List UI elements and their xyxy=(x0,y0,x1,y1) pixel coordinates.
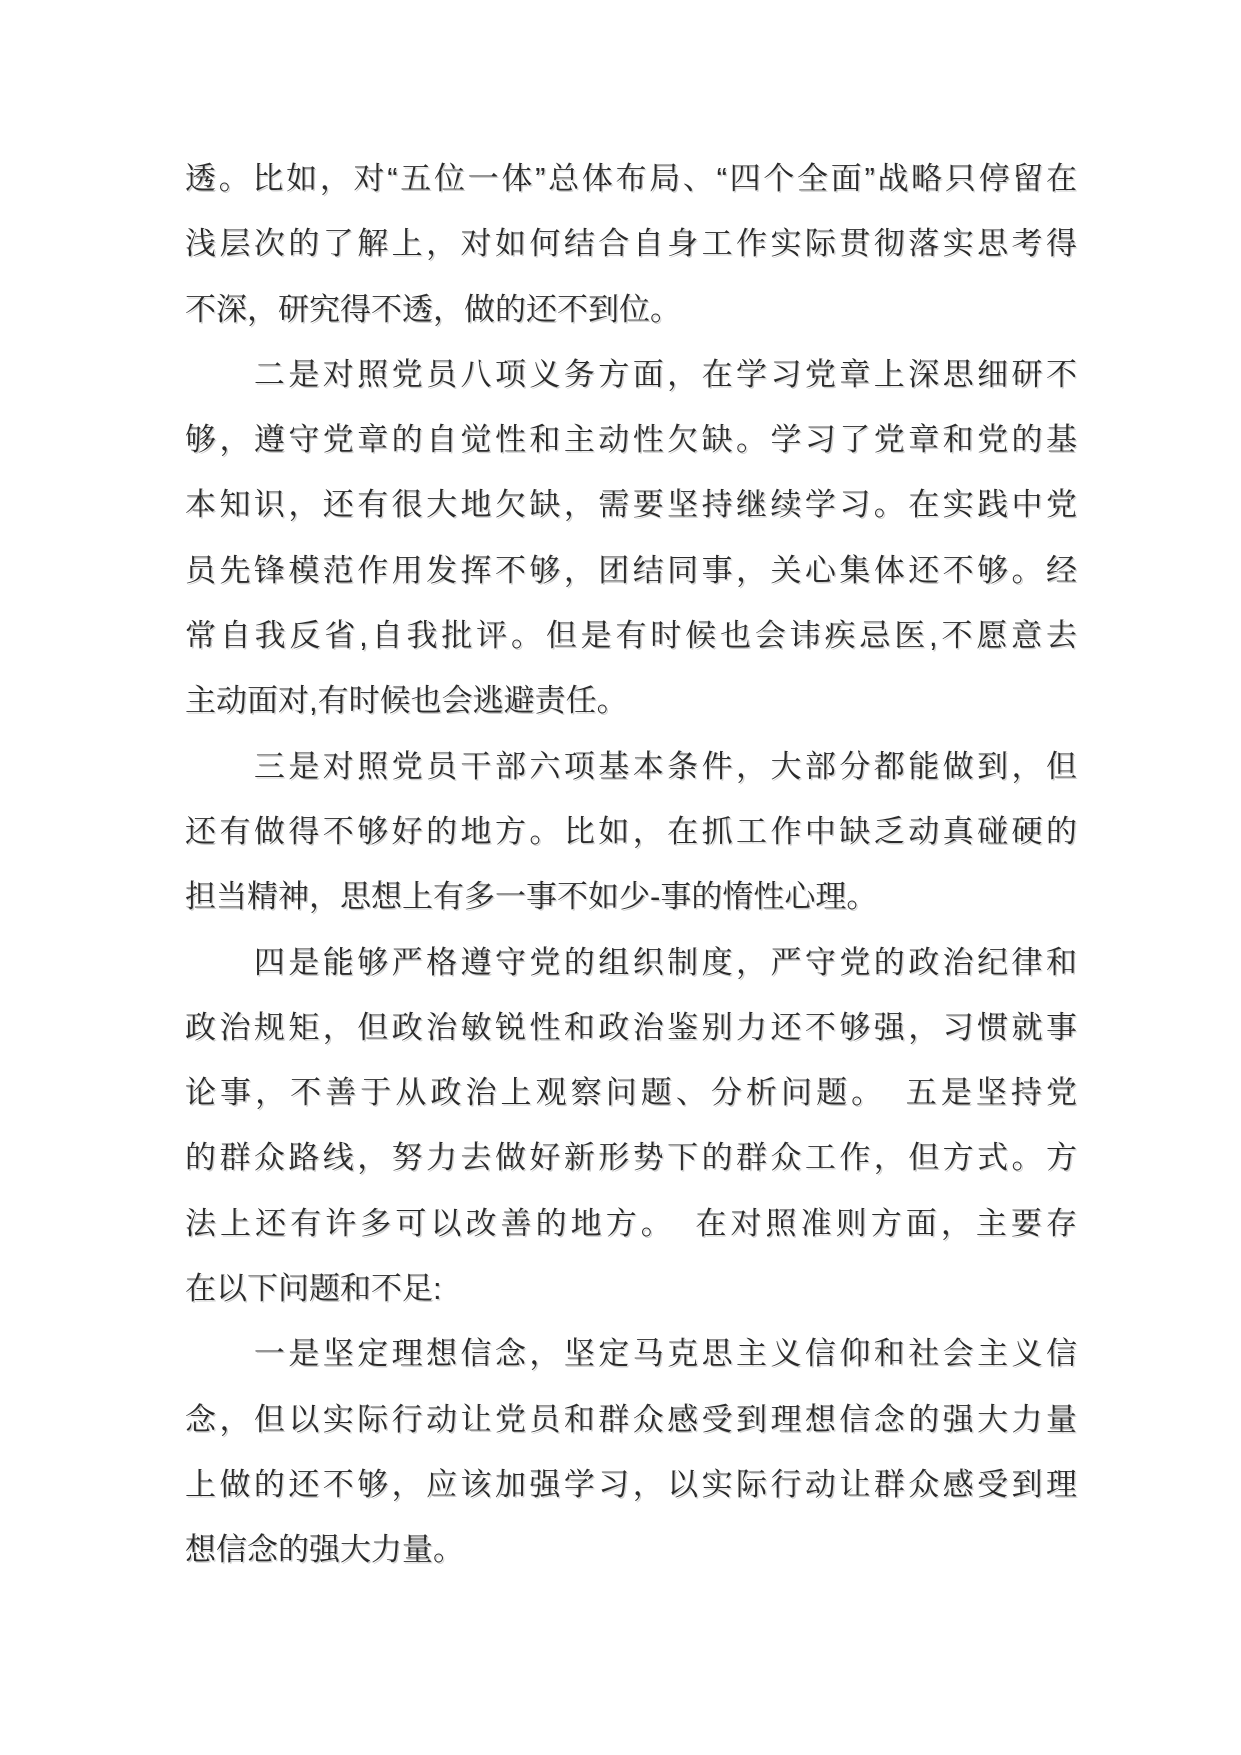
text-line: 四是能够严格遵守党的组织制度，严守党的政治纪律和 xyxy=(185,930,1077,995)
text-line: 论事，不善于从政治上观察问题、分析问题。 五是坚持党 xyxy=(185,1060,1077,1125)
text-line: 还有做得不够好的地方。比如，在抓工作中缺乏动真碰硬的 xyxy=(185,799,1077,864)
text-line: 法上还有许多可以改善的地方。 在对照准则方面，主要存 xyxy=(185,1191,1077,1256)
text-line: 二是对照党员八项义务方面，在学习党章上深思细研不 xyxy=(185,342,1077,407)
text-line: 透。比如，对“五位一体”总体布局、“四个全面”战略只停留在 xyxy=(185,146,1077,211)
text-line: 在以下问题和不足: xyxy=(185,1256,1077,1321)
paragraph: 二是对照党员八项义务方面，在学习党章上深思细研不够，遵守党章的自觉性和主动性欠缺… xyxy=(185,342,1077,734)
text-line: 不深，研究得不透，做的还不到位。 xyxy=(185,277,1077,342)
text-line: 本知识，还有很大地欠缺，需要坚持继续学习。在实践中党 xyxy=(185,472,1077,537)
paragraph: 四是能够严格遵守党的组织制度，严守党的政治纪律和政治规矩，但政治敏锐性和政治鉴别… xyxy=(185,930,1077,1322)
text-line: 浅层次的了解上，对如何结合自身工作实际贯彻落实思考得 xyxy=(185,211,1077,276)
text-line: 担当精神，思想上有多一事不如少-事的惰性心理。 xyxy=(185,864,1077,929)
text-line: 上做的还不够，应该加强学习，以实际行动让群众感受到理 xyxy=(185,1452,1077,1517)
paragraph: 一是坚定理想信念，坚定马克思主义信仰和社会主义信念，但以实际行动让党员和群众感受… xyxy=(185,1321,1077,1582)
text-line: 三是对照党员干部六项基本条件，大部分都能做到，但 xyxy=(185,734,1077,799)
text-line: 政治规矩，但政治敏锐性和政治鉴别力还不够强，习惯就事 xyxy=(185,995,1077,1060)
text-line: 念，但以实际行动让党员和群众感受到理想信念的强大力量 xyxy=(185,1387,1077,1452)
text-line: 想信念的强大力量。 xyxy=(185,1517,1077,1582)
paragraph: 三是对照党员干部六项基本条件，大部分都能做到，但还有做得不够好的地方。比如，在抓… xyxy=(185,734,1077,930)
text-line: 员先锋模范作用发挥不够，团结同事，关心集体还不够。经 xyxy=(185,538,1077,603)
document-page: 透。比如，对“五位一体”总体布局、“四个全面”战略只停留在浅层次的了解上，对如何… xyxy=(0,0,1241,1755)
page-text: 透。比如，对“五位一体”总体布局、“四个全面”战略只停留在浅层次的了解上，对如何… xyxy=(185,146,1077,1583)
text-line: 常自我反省,自我批评。但是有时候也会讳疾忌医,不愿意去 xyxy=(185,603,1077,668)
text-line: 的群众路线，努力去做好新形势下的群众工作，但方式。方 xyxy=(185,1125,1077,1190)
text-line: 够，遵守党章的自觉性和主动性欠缺。学习了党章和党的基 xyxy=(185,407,1077,472)
paragraph: 透。比如，对“五位一体”总体布局、“四个全面”战略只停留在浅层次的了解上，对如何… xyxy=(185,146,1077,342)
text-line: 主动面对,有时候也会逃避责任。 xyxy=(185,668,1077,733)
text-line: 一是坚定理想信念，坚定马克思主义信仰和社会主义信 xyxy=(185,1321,1077,1386)
